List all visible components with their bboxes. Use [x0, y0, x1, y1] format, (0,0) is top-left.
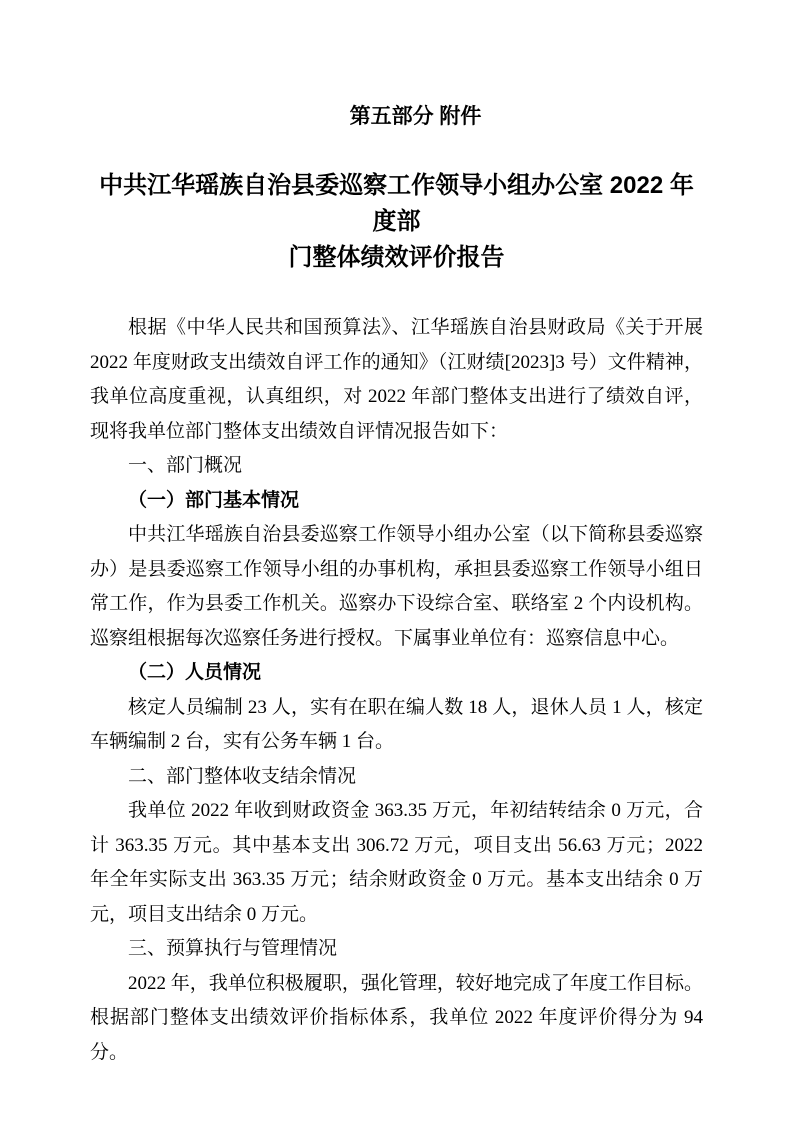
report-title-line-2: 门整体绩效评价报告: [90, 240, 703, 276]
heading-section-2: 二、部门整体收支结余情况: [90, 760, 703, 795]
report-title: 中共江华瑶族自治县委巡察工作领导小组办公室 2022 年度部 门整体绩效评价报告: [90, 168, 703, 276]
heading-section-3: 三、预算执行与管理情况: [90, 932, 703, 967]
heading-section-1: 一、部门概况: [90, 449, 703, 484]
report-body: 根据《中华人民共和国预算法》、江华瑶族自治县财政局《关于开展 2022 年度财政…: [90, 311, 703, 1070]
report-title-line-1: 中共江华瑶族自治县委巡察工作领导小组办公室 2022 年度部: [90, 168, 703, 240]
paragraph-personnel: 核定人员编制 23 人，实有在职在编人数 18 人，退休人员 1 人，核定车辆编…: [90, 691, 703, 760]
paragraph-budget-execution: 2022 年，我单位积极履职，强化管理，较好地完成了年度工作目标。根据部门整体支…: [90, 967, 703, 1071]
heading-section-1-1: （一）部门基本情况: [90, 484, 703, 519]
heading-section-1-2: （二）人员情况: [90, 656, 703, 691]
document-page: 第五部分 附件 中共江华瑶族自治县委巡察工作领导小组办公室 2022 年度部 门…: [0, 0, 793, 1122]
paragraph-intro: 根据《中华人民共和国预算法》、江华瑶族自治县财政局《关于开展 2022 年度财政…: [90, 311, 703, 449]
paragraph-department-overview: 中共江华瑶族自治县委巡察工作领导小组办公室（以下简称县委巡察办）是县委巡察工作领…: [90, 518, 703, 656]
section-title: 第五部分 附件: [90, 100, 703, 134]
paragraph-budget-balance: 我单位 2022 年收到财政资金 363.35 万元，年初结转结余 0 万元，合…: [90, 794, 703, 932]
